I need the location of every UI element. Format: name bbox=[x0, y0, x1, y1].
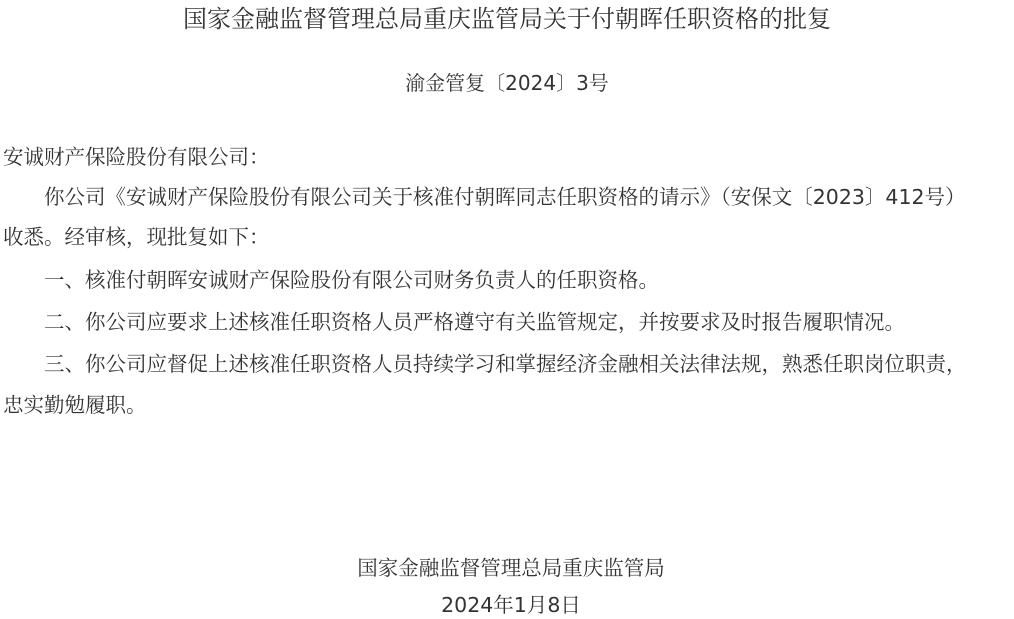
document-number: 渝金管复〔2024〕3号 bbox=[0, 68, 1014, 98]
salutation: 安诚财产保险股份有限公司： bbox=[3, 142, 1013, 172]
approval-item-3-line-1: 三、你公司应督促上述核准任职资格人员持续学习和掌握经济金融相关法律法规，熟悉任职… bbox=[3, 349, 1013, 379]
issuer-signature: 国家金融监督管理总局重庆监管局 bbox=[0, 553, 1014, 583]
issue-date: 2024年1月8日 bbox=[0, 590, 1014, 619]
approval-item-3-line-2: 忠实勤勉履职。 bbox=[3, 390, 1013, 420]
document-title: 国家金融监督管理总局重庆监管局关于付朝晖任职资格的批复 bbox=[0, 2, 1014, 36]
intro-paragraph-line-1: 你公司《安诚财产保险股份有限公司关于核准付朝晖同志任职资格的请示》（安保文〔20… bbox=[3, 182, 1013, 212]
approval-item-2: 二、你公司应要求上述核准任职资格人员严格遵守有关监管规定，并按要求及时报告履职情… bbox=[3, 307, 1013, 337]
intro-paragraph-line-2: 收悉。经审核，现批复如下： bbox=[3, 222, 1013, 252]
approval-item-1: 一、核准付朝晖安诚财产保险股份有限公司财务负责人的任职资格。 bbox=[3, 265, 1013, 295]
